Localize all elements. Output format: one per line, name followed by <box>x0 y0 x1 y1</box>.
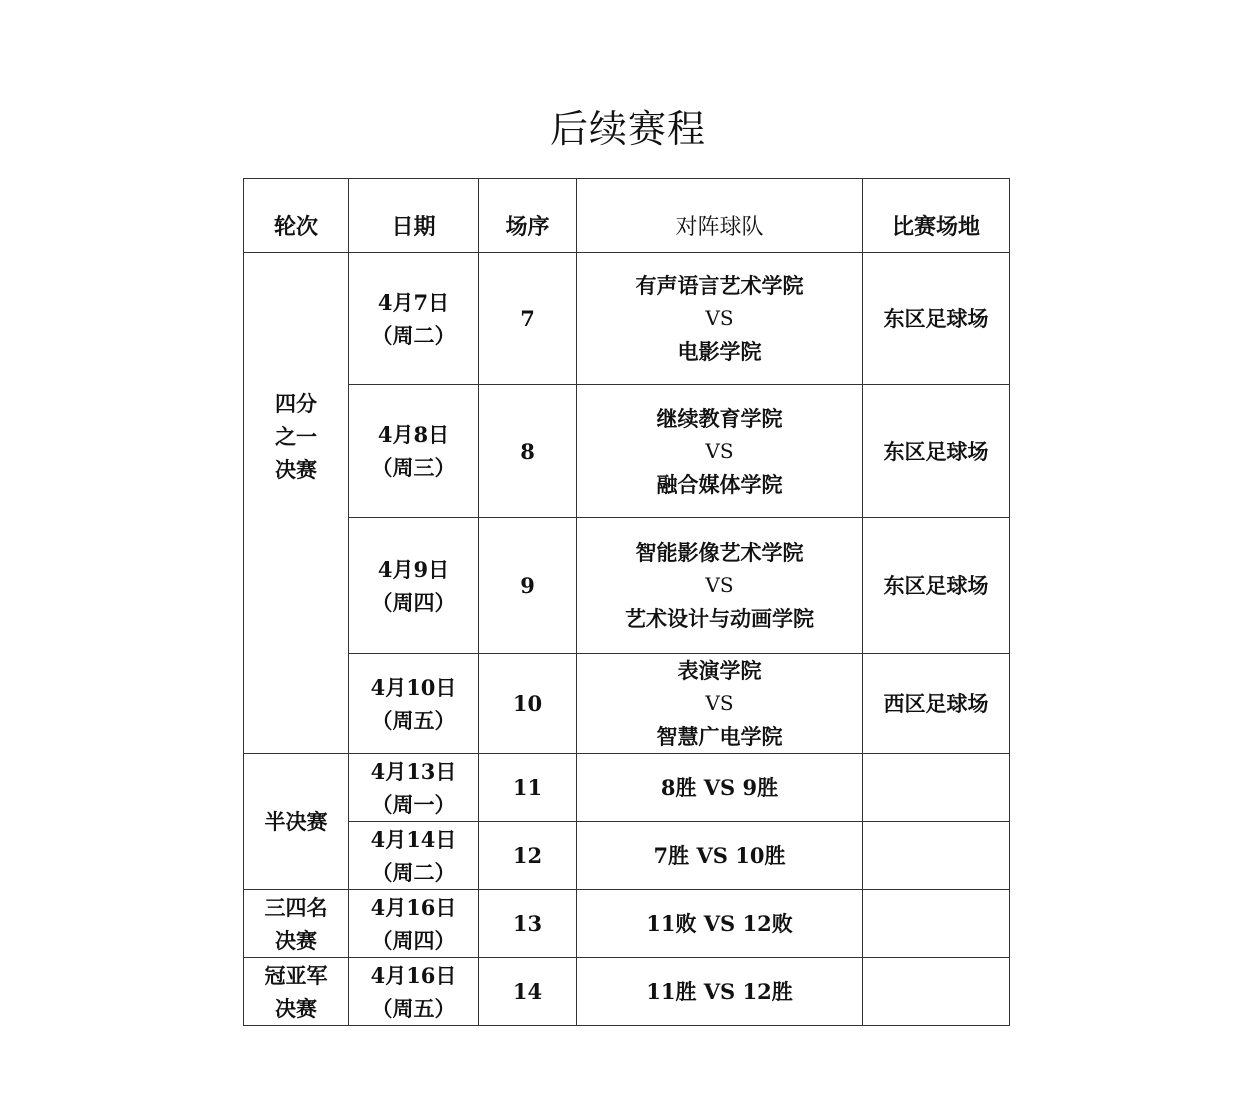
header-round: 轮次 <box>244 179 349 253</box>
header-venue: 比赛场地 <box>863 179 1010 253</box>
round-cell-final: 冠亚军决赛 <box>244 958 349 1026</box>
match-no-cell: 7 <box>479 253 577 385</box>
date-cell: 4月9日（周四） <box>349 518 479 654</box>
match-no-cell: 9 <box>479 518 577 654</box>
date-cell: 4月10日（周五） <box>349 654 479 754</box>
table-row: 4月9日（周四） 9 智能影像艺术学院VS艺术设计与动画学院 东区足球场 <box>244 518 1010 654</box>
round-cell-semifinal: 半决赛 <box>244 754 349 890</box>
venue-cell <box>863 754 1010 822</box>
date-cell: 4月16日（周五） <box>349 958 479 1026</box>
matchup-cell: 智能影像艺术学院VS艺术设计与动画学院 <box>577 518 863 654</box>
date-cell: 4月13日（周一） <box>349 754 479 822</box>
venue-cell <box>863 890 1010 958</box>
table-row: 三四名决赛 4月16日（周四） 13 11败 VS 12败 <box>244 890 1010 958</box>
table-row: 四分 之一 决赛 4月7日（周二） 7 有声语言艺术学院VS电影学院 东区足球场 <box>244 253 1010 385</box>
date-cell: 4月7日（周二） <box>349 253 479 385</box>
date-cell: 4月8日（周三） <box>349 385 479 518</box>
matchup-cell: 11败 VS 12败 <box>577 890 863 958</box>
matchup-cell: 有声语言艺术学院VS电影学院 <box>577 253 863 385</box>
match-no-cell: 12 <box>479 822 577 890</box>
match-no-cell: 13 <box>479 890 577 958</box>
round-cell-third-place: 三四名决赛 <box>244 890 349 958</box>
venue-cell <box>863 958 1010 1026</box>
matchup-cell: 继续教育学院VS融合媒体学院 <box>577 385 863 518</box>
date-cell: 4月16日（周四） <box>349 890 479 958</box>
header-teams: 对阵球队 <box>577 179 863 253</box>
match-no-cell: 14 <box>479 958 577 1026</box>
round-cell-quarterfinal: 四分 之一 决赛 <box>244 253 349 754</box>
venue-cell <box>863 822 1010 890</box>
table-row: 4月10日（周五） 10 表演学院VS智慧广电学院 西区足球场 <box>244 654 1010 754</box>
match-no-cell: 11 <box>479 754 577 822</box>
matchup-cell: 8胜 VS 9胜 <box>577 754 863 822</box>
table-row: 4月14日（周二） 12 7胜 VS 10胜 <box>244 822 1010 890</box>
schedule-table: 轮次 日期 场序 对阵球队 比赛场地 四分 之一 决赛 4月7日（周二） 7 有… <box>243 178 1010 1026</box>
matchup-cell: 表演学院VS智慧广电学院 <box>577 654 863 754</box>
table-row: 4月8日（周三） 8 继续教育学院VS融合媒体学院 东区足球场 <box>244 385 1010 518</box>
header-date: 日期 <box>349 179 479 253</box>
venue-cell: 东区足球场 <box>863 253 1010 385</box>
date-cell: 4月14日（周二） <box>349 822 479 890</box>
table-row: 半决赛 4月13日（周一） 11 8胜 VS 9胜 <box>244 754 1010 822</box>
venue-cell: 西区足球场 <box>863 654 1010 754</box>
table-row: 冠亚军决赛 4月16日（周五） 14 11胜 VS 12胜 <box>244 958 1010 1026</box>
header-row: 轮次 日期 场序 对阵球队 比赛场地 <box>244 179 1010 253</box>
venue-cell: 东区足球场 <box>863 385 1010 518</box>
header-match-no: 场序 <box>479 179 577 253</box>
venue-cell: 东区足球场 <box>863 518 1010 654</box>
match-no-cell: 8 <box>479 385 577 518</box>
matchup-cell: 11胜 VS 12胜 <box>577 958 863 1026</box>
page-title: 后续赛程 <box>0 98 1256 153</box>
matchup-cell: 7胜 VS 10胜 <box>577 822 863 890</box>
match-no-cell: 10 <box>479 654 577 754</box>
